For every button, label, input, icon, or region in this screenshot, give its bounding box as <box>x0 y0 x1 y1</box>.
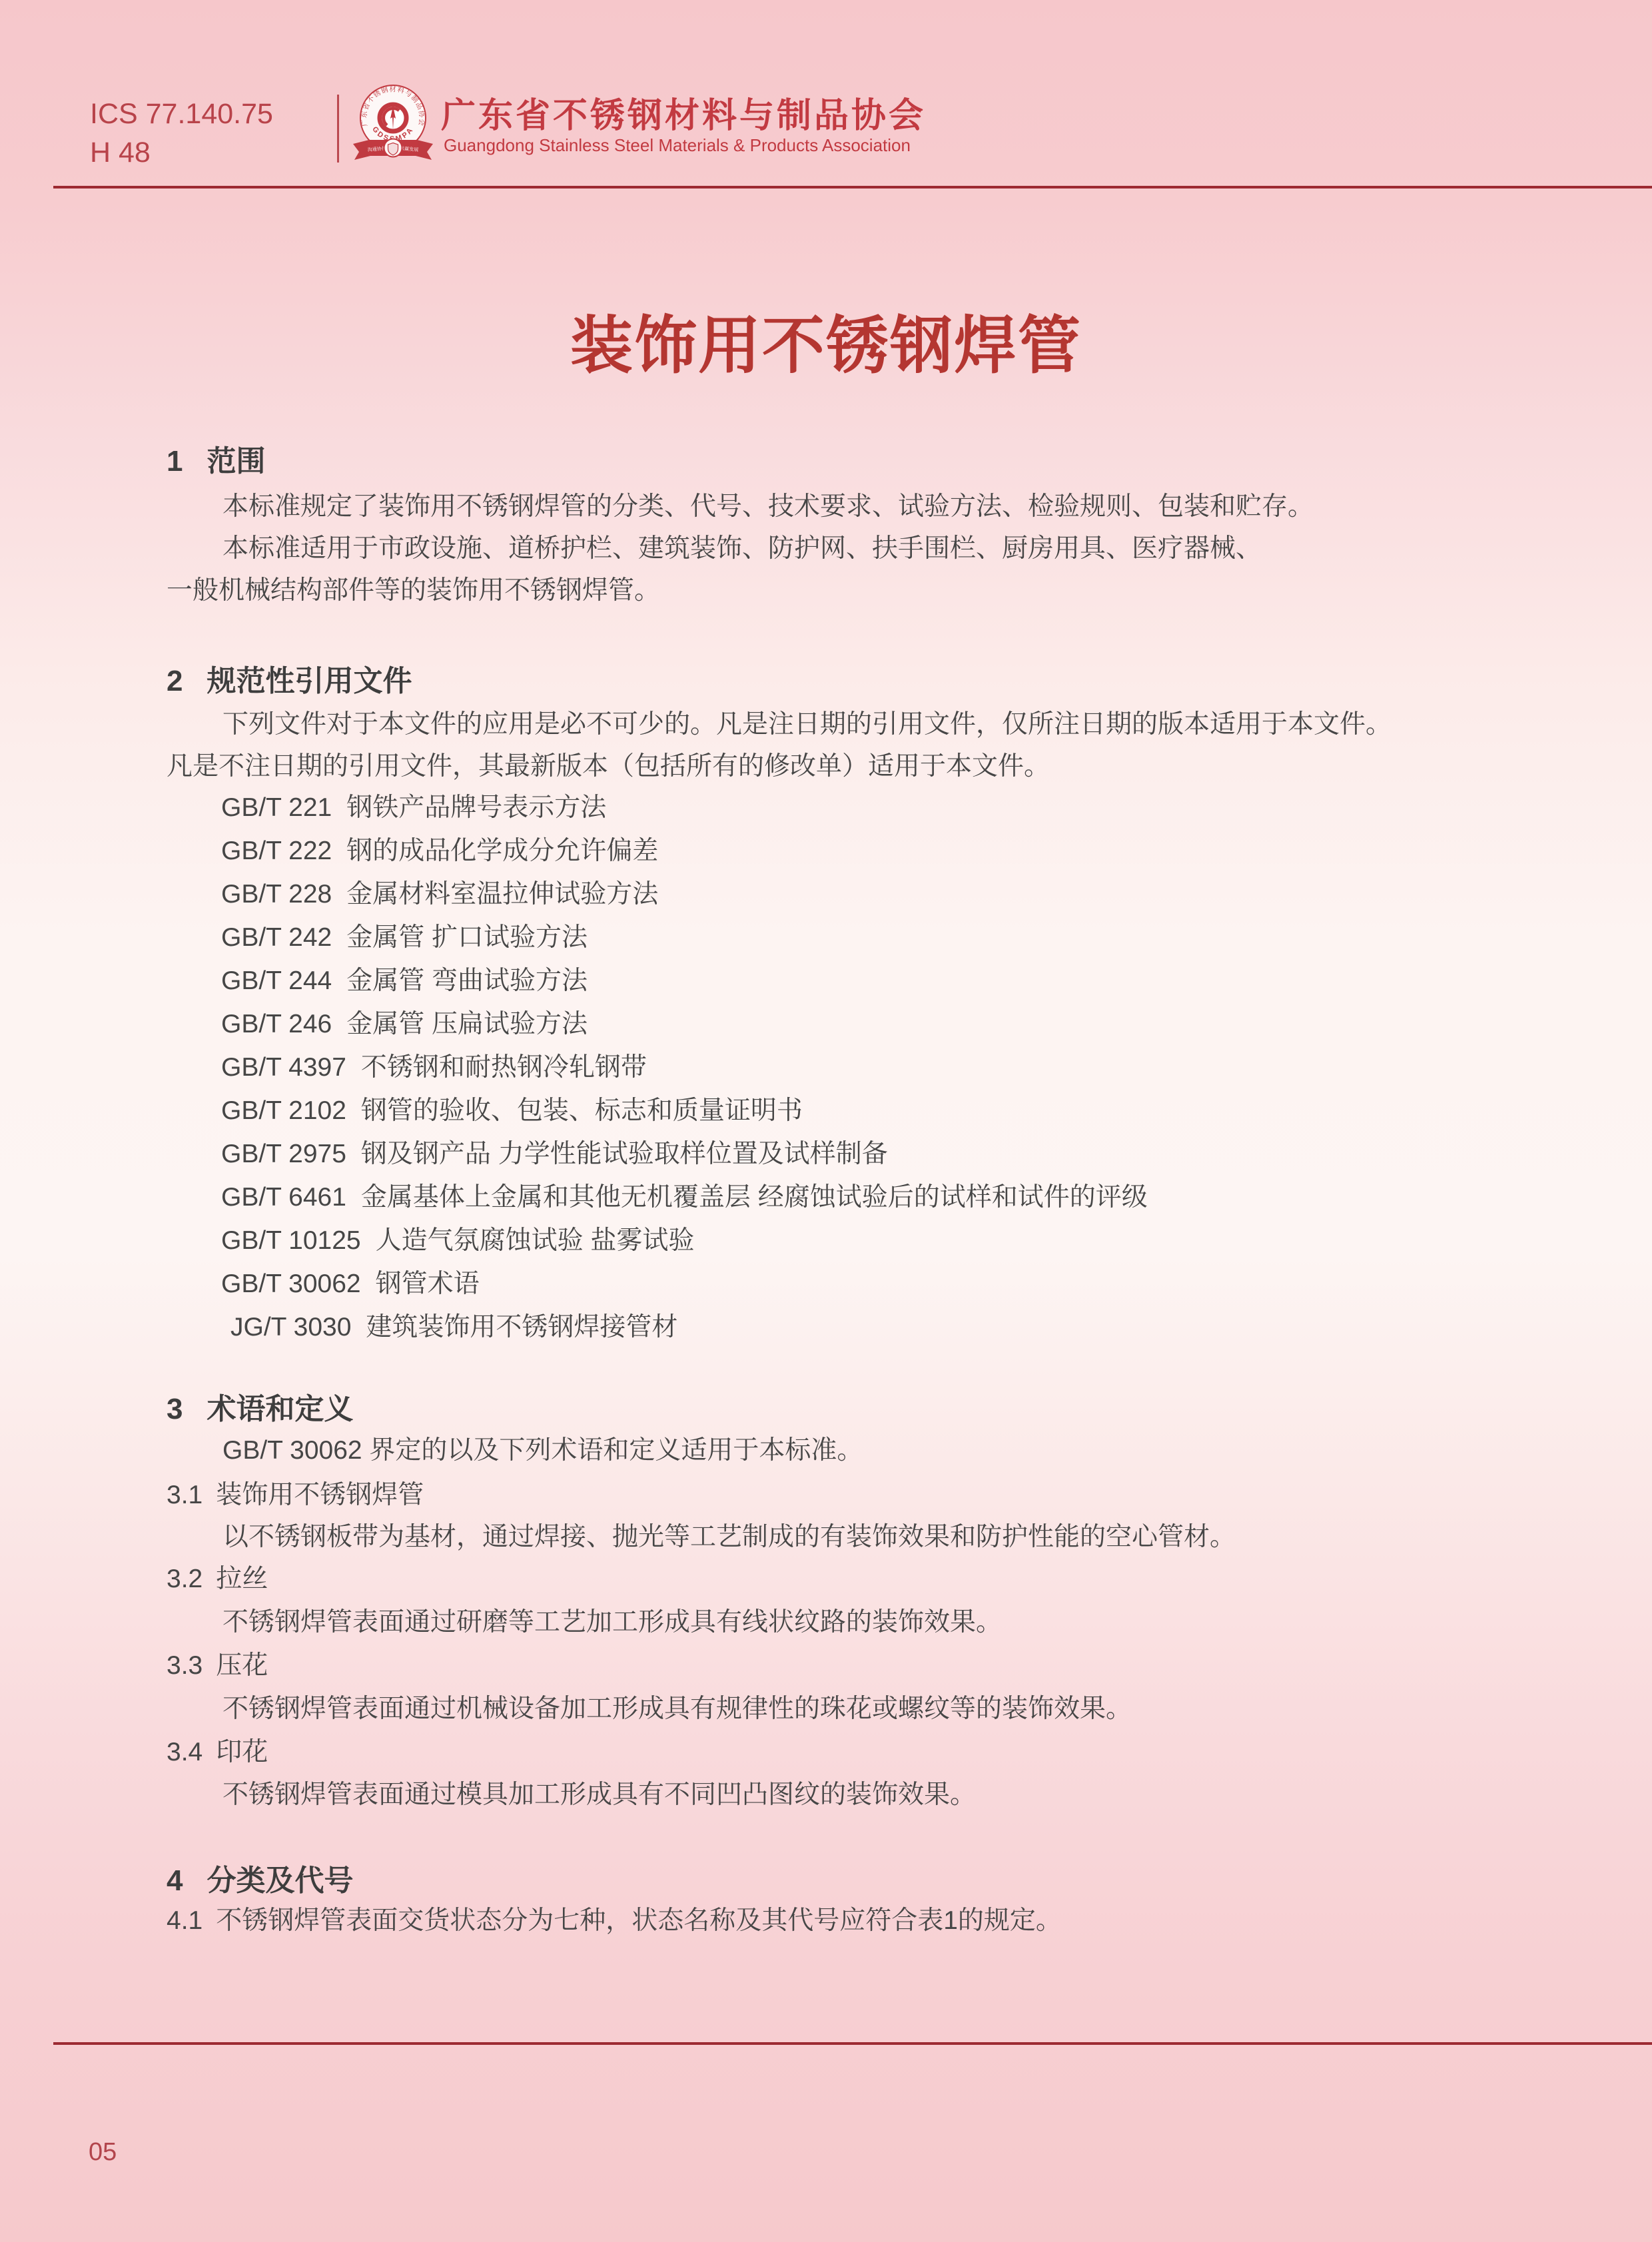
reference-title: 钢铁产品牌号表示方法 <box>346 793 606 822</box>
seal-emblem-icon <box>380 105 406 131</box>
term-number: 3.3 <box>167 1651 203 1680</box>
reference-title: 建筑装饰用不锈钢焊接管材 <box>366 1313 677 1341</box>
shield-emblem-icon <box>388 143 398 155</box>
reference-code: GB/T 30062 <box>221 1270 361 1298</box>
section-number: 1 <box>167 445 183 478</box>
reference-item: JG/T 3030建筑装饰用不锈钢焊接管材 <box>167 1314 677 1340</box>
doc-class-code: H 48 <box>90 139 151 167</box>
term-number: 3.1 <box>167 1481 203 1509</box>
term-line: 3.3压花 <box>167 1653 268 1679</box>
section-number: 2 <box>167 665 183 697</box>
clause-line: 4.1不锈钢焊管表面交货状态分为七种，状态名称及其代号应符合表1的规定。 <box>167 1908 1062 1934</box>
reference-title: 钢及钢产品 力学性能试验取样位置及试样制备 <box>361 1140 888 1168</box>
reference-item: GB/T 2102钢管的验收、包装、标志和质量证明书 <box>167 1098 803 1124</box>
reference-code: GB/T 228 <box>221 880 332 909</box>
reference-item: GB/T 246金属管 压扁试验方法 <box>167 1011 588 1037</box>
ics-code: ICS 77.140.75 <box>90 100 273 129</box>
reference-code: GB/T 2975 <box>221 1140 346 1168</box>
reference-title: 金属基体上金属和其他无机覆盖层 经腐蚀试验后的试样和试件的评级 <box>361 1183 1148 1212</box>
term-definition: 以不锈钢板带为基材，通过焊接、抛光等工艺制成的有装饰效果和防护性能的空心管材。 <box>167 1524 1236 1550</box>
reference-code: GB/T 10125 <box>221 1226 361 1255</box>
reference-code: GB/T 242 <box>221 923 332 952</box>
term-definition: 不锈钢焊管表面通过研磨等工艺加工形成具有线状纹路的装饰效果。 <box>167 1609 1002 1635</box>
term-line: 3.1装饰用不锈钢焊管 <box>167 1482 424 1508</box>
section-heading-text: 术语和定义 <box>206 1393 353 1425</box>
term-definition: 不锈钢焊管表面通过模具加工形成具有不同凹凸图纹的装饰效果。 <box>167 1782 976 1808</box>
header-divider <box>337 95 339 163</box>
term-name: 压花 <box>216 1651 268 1680</box>
term-number: 3.4 <box>167 1738 203 1766</box>
reference-title: 人造气氛腐蚀试验 盐雾试验 <box>376 1226 695 1255</box>
reference-code: JG/T 3030 <box>230 1313 351 1341</box>
section-number: 3 <box>167 1393 183 1425</box>
section-number: 4 <box>167 1864 183 1897</box>
reference-item: GB/T 4397不锈钢和耐热钢冷轧钢带 <box>167 1054 647 1080</box>
reference-item: GB/T 222钢的成品化学成分允许偏差 <box>167 838 658 864</box>
reference-code: GB/T 244 <box>221 966 332 995</box>
term-name: 装饰用不锈钢焊管 <box>216 1481 424 1509</box>
section-heading-text: 分类及代号 <box>206 1864 353 1897</box>
org-name-cn: 广东省不锈钢材料与制品协会 <box>441 99 926 133</box>
para-line: GB/T 30062 界定的以及下列术语和定义适用于本标准。 <box>167 1437 863 1463</box>
reference-code: GB/T 246 <box>221 1010 332 1038</box>
term-line: 3.2拉丝 <box>167 1566 268 1592</box>
reference-code: GB/T 221 <box>221 793 332 822</box>
reference-item: GB/T 6461金属基体上金属和其他无机覆盖层 经腐蚀试验后的试样和试件的评级 <box>167 1184 1148 1210</box>
term-name: 印花 <box>216 1738 268 1766</box>
reference-title: 金属管 扩口试验方法 <box>346 923 588 952</box>
reference-title: 钢的成品化学成分允许偏差 <box>346 837 658 865</box>
reference-item: GB/T 228金属材料室温拉伸试验方法 <box>167 881 658 907</box>
para-line: 下列文件对于本文件的应用是必不可少的。凡是注日期的引用文件，仅所注日期的版本适用… <box>167 711 1392 737</box>
reference-title: 钢管术语 <box>376 1270 480 1298</box>
para-line: 本标准适用于市政设施、道桥护栏、建筑装饰、防护网、扶手围栏、厨房用具、医疗器械、 <box>167 536 1262 561</box>
section-1-heading: 1范围 <box>167 447 265 476</box>
reference-title: 不锈钢和耐热钢冷轧钢带 <box>361 1053 647 1082</box>
reference-code: GB/T 4397 <box>221 1053 346 1082</box>
page-number: 05 <box>89 2139 117 2165</box>
reference-item: GB/T 244金属管 弯曲试验方法 <box>167 968 588 994</box>
org-name-en: Guangdong Stainless Steel Materials & Pr… <box>444 137 911 154</box>
section-2-heading: 2规范性引用文件 <box>167 667 412 696</box>
reference-title: 金属管 弯曲试验方法 <box>346 966 588 995</box>
document-title: 装饰用不锈钢焊管 <box>0 314 1652 377</box>
para-line: 一般机械结构部件等的装饰用不锈钢焊管。 <box>167 577 660 603</box>
document-page: ICS 77.140.75 H 48 广东省不锈钢材料与制品协会 GDSSMPA… <box>0 0 1652 2242</box>
reference-item: GB/T 242金属管 扩口试验方法 <box>167 925 588 950</box>
section-heading-text: 范围 <box>206 445 265 478</box>
section-3-heading: 3术语和定义 <box>167 1395 353 1424</box>
clause-number: 4.1 <box>167 1906 203 1935</box>
footer-rule <box>53 2042 1652 2045</box>
reference-item: GB/T 221钢铁产品牌号表示方法 <box>167 795 606 821</box>
term-definition: 不锈钢焊管表面通过机械设备加工形成具有规律性的珠花或螺纹等的装饰效果。 <box>167 1696 1132 1722</box>
reference-code: GB/T 222 <box>221 837 332 865</box>
reference-title: 金属管 压扁试验方法 <box>346 1010 588 1038</box>
association-logo-icon: 广东省不锈钢材料与制品协会 GDSSMPA 沟通协作 共赢发展 <box>352 84 434 163</box>
reference-title: 钢管的验收、包装、标志和质量证明书 <box>361 1096 803 1125</box>
section-4-heading: 4分类及代号 <box>167 1866 353 1896</box>
para-line: 凡是不注日期的引用文件，其最新版本（包括所有的修改单）适用于本文件。 <box>167 753 1050 779</box>
clause-text: 不锈钢焊管表面交货状态分为七种，状态名称及其代号应符合表1的规定。 <box>216 1906 1062 1935</box>
para-line: 本标准规定了装饰用不锈钢焊管的分类、代号、技术要求、试验方法、检验规则、包装和贮… <box>167 494 1314 520</box>
section-heading-text: 规范性引用文件 <box>206 665 412 697</box>
reference-item: GB/T 10125人造气氛腐蚀试验 盐雾试验 <box>167 1228 694 1254</box>
reference-item: GB/T 2975钢及钢产品 力学性能试验取样位置及试样制备 <box>167 1141 888 1167</box>
reference-code: GB/T 2102 <box>221 1096 346 1125</box>
term-number: 3.2 <box>167 1565 203 1593</box>
reference-title: 金属材料室温拉伸试验方法 <box>346 880 658 909</box>
reference-code: GB/T 6461 <box>221 1183 346 1212</box>
reference-item: GB/T 30062钢管术语 <box>167 1271 480 1297</box>
term-name: 拉丝 <box>216 1565 268 1593</box>
ribbon-banner: 沟通协作 共赢发展 <box>353 139 433 161</box>
header-rule <box>53 186 1652 188</box>
term-line: 3.4印花 <box>167 1739 268 1765</box>
